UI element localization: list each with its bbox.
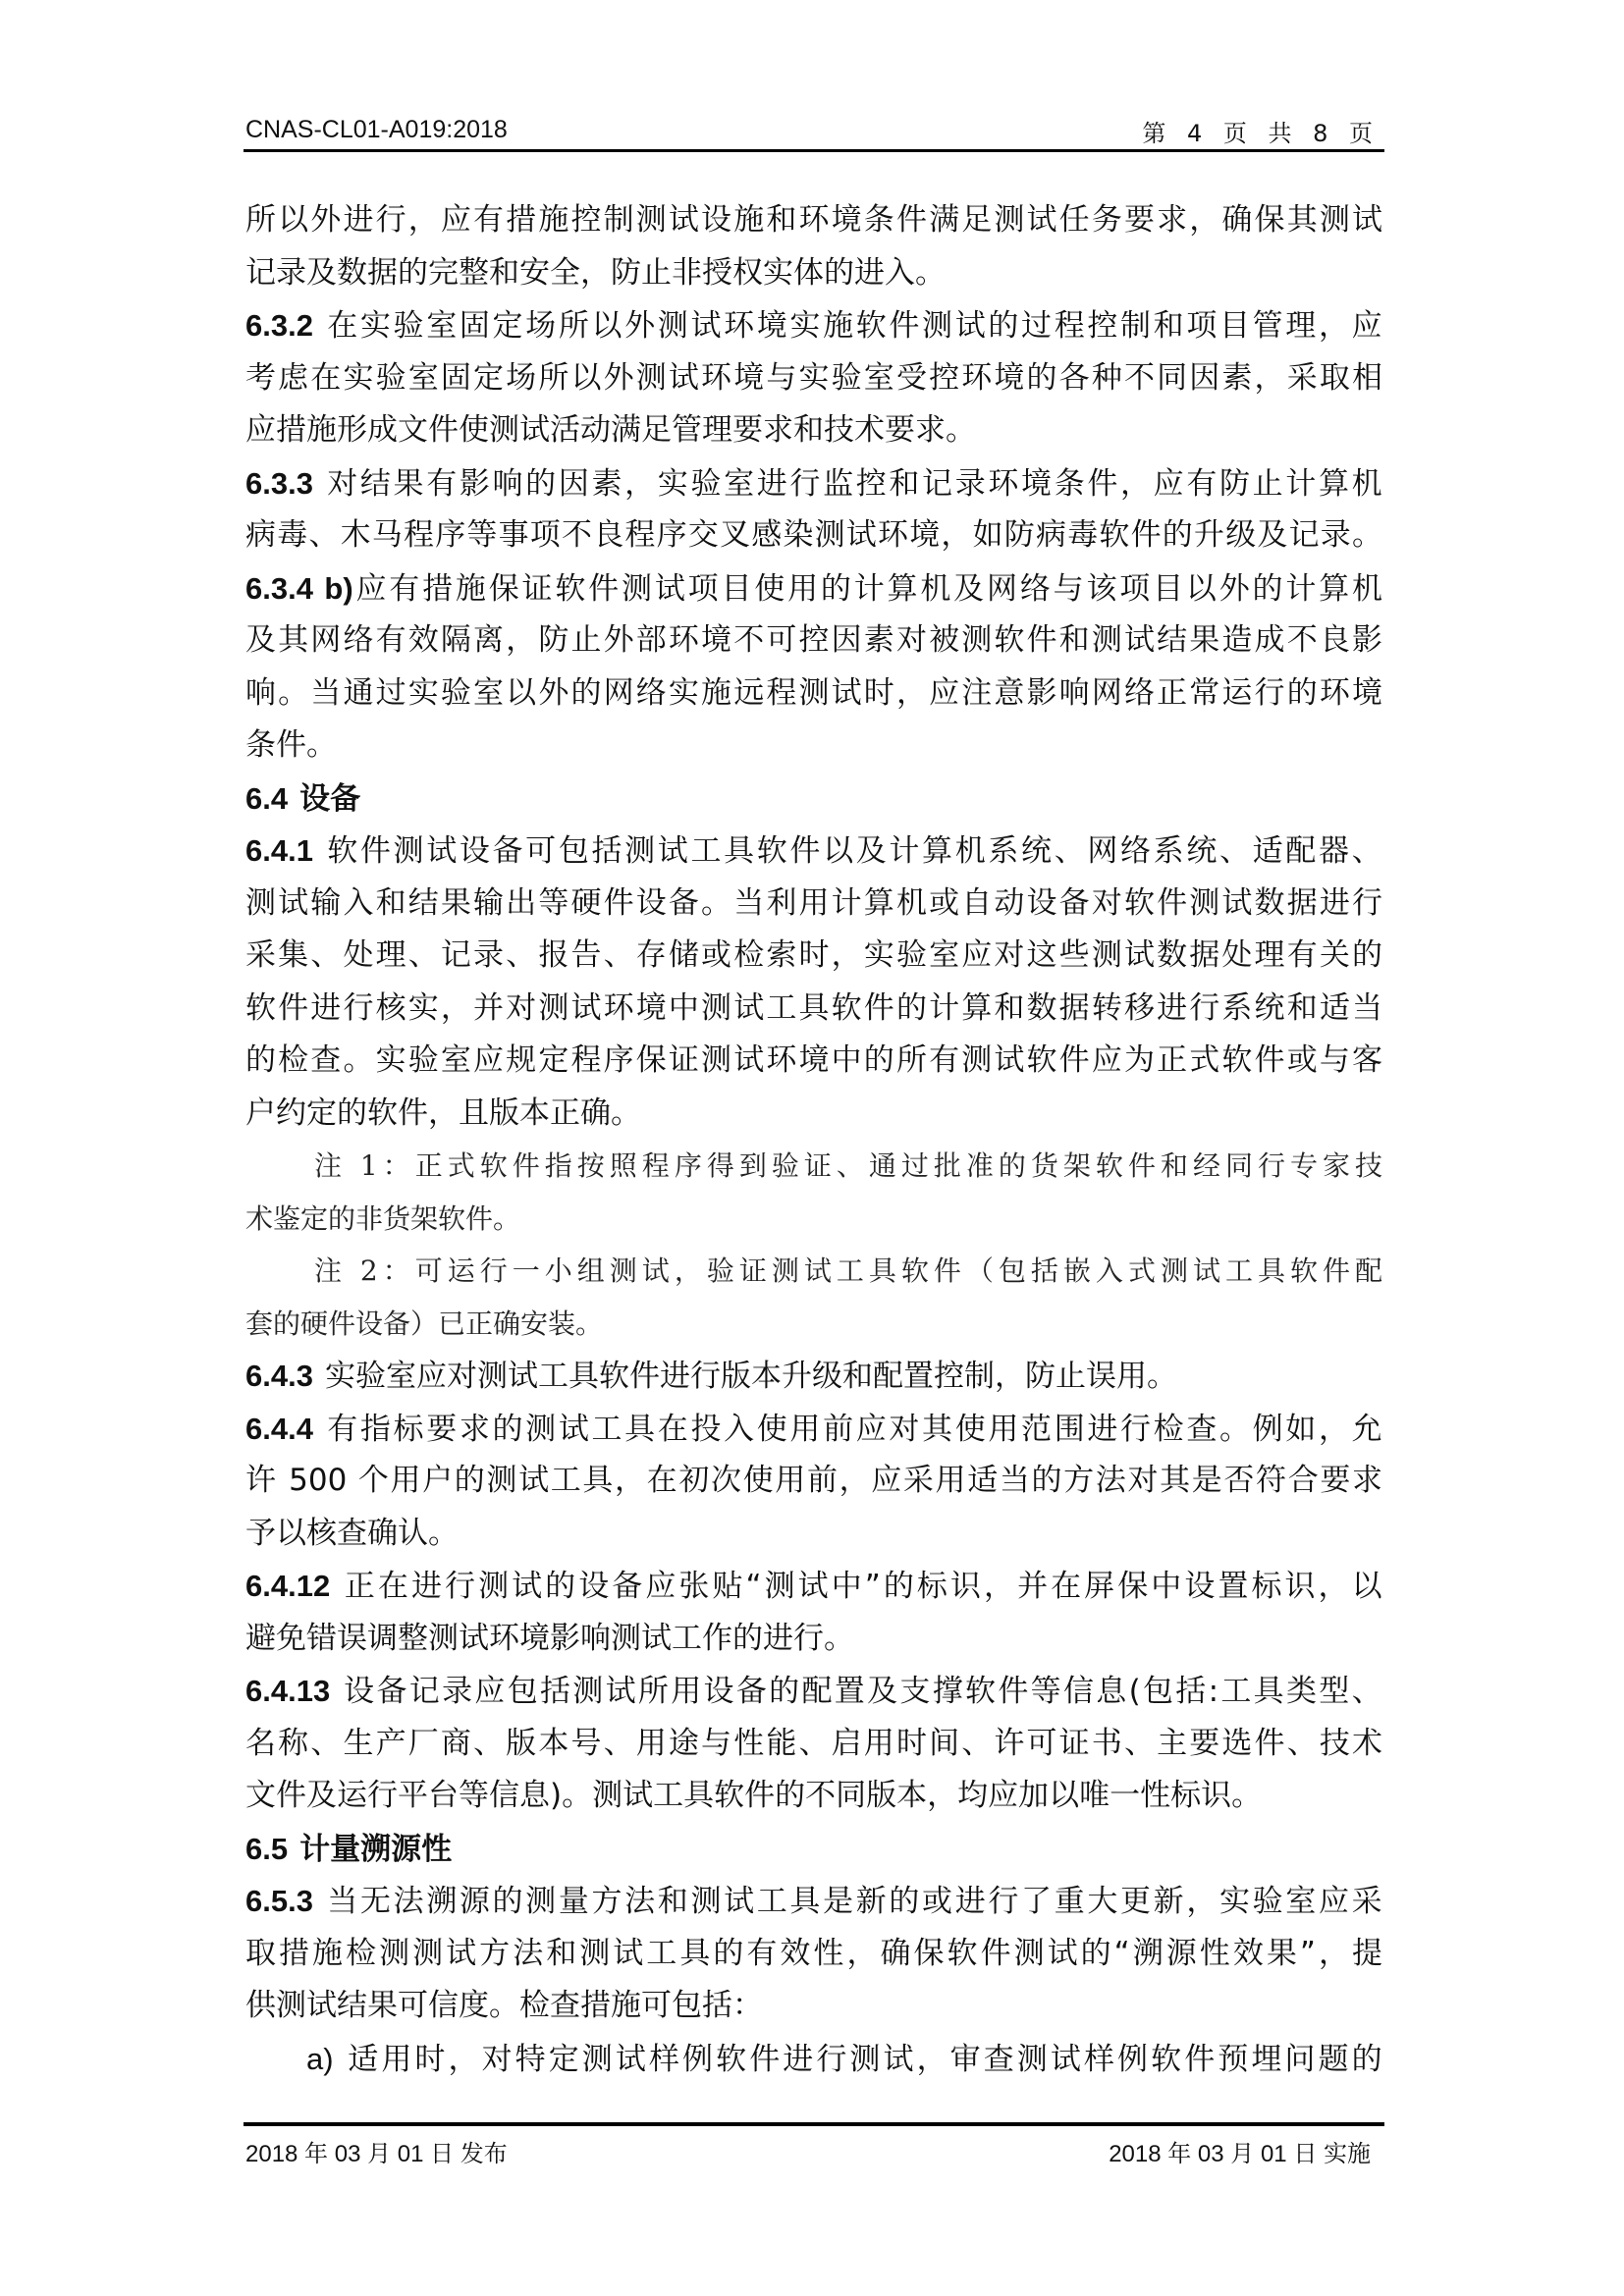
paragraph-line: 的检查。实验室应规定程序保证测试环境中的所有测试软件应为正式软件或与客 (245, 1035, 1382, 1088)
clause-number: 6.4.3 (245, 1359, 313, 1393)
clause-6-3-2: 6.3.2在实验室固定场所以外测试环境实施软件测试的过程控制和项目管理，应 (245, 299, 1382, 352)
section-number: 6.5 (245, 1832, 288, 1866)
paragraph-line: 户约定的软件，且版本正确。 (245, 1088, 1382, 1141)
paragraph-line: 软件进行核实，并对测试环境中测试工具软件的计算和数据转移进行系统和适当 (245, 983, 1382, 1036)
document-body: 所以外进行，应有措施控制测试设施和环境条件满足测试任务要求，确保其测试 记录及数… (245, 194, 1382, 2085)
paragraph-line: 响。当通过实验室以外的网络实施远程测试时，应注意影响网络正常运行的环境 (245, 667, 1382, 721)
clause-6-4-1: 6.4.1软件测试设备可包括测试工具软件以及计算机系统、网络系统、适配器、 (245, 825, 1382, 878)
paragraph-line: 测试输入和结果输出等硬件设备。当利用计算机或自动设备对软件测试数据进行 (245, 878, 1382, 931)
clause-number: 6.5.3 (245, 1884, 313, 1918)
note-line: 术鉴定的非货架软件。 (245, 1193, 1382, 1246)
paragraph-line: 文件及运行平台等信息)。测试工具软件的不同版本，均应加以唯一性标识。 (245, 1770, 1382, 1823)
clause-6-4-3: 6.4.3实验室应对测试工具软件进行版本升级和配置控制，防止误用。 (245, 1350, 1382, 1403)
clause-number: 6.3.2 (245, 308, 313, 343)
paragraph-line: 记录及数据的完整和安全，防止非授权实体的进入。 (245, 247, 1382, 300)
list-marker: a) (306, 2042, 334, 2076)
clause-6-4-12: 6.4.12正在进行测试的设备应张贴“测试中”的标识，并在屏保中设置标识，以 (245, 1560, 1382, 1613)
section-heading-6-5: 6.5计量溯源性 (245, 1823, 1382, 1876)
document-id: CNAS-CL01-A019:2018 (245, 116, 508, 144)
paragraph-line: 予以核查确认。 (245, 1508, 1382, 1561)
note-line: 套的硬件设备）已正确安装。 (245, 1298, 1382, 1351)
clause-number: 6.3.4 b) (245, 571, 353, 606)
note-1: 注 1：正式软件指按照程序得到验证、通过批准的货架软件和经同行专家技 (245, 1140, 1382, 1193)
paragraph-line: 及其网络有效隔离，防止外部环境不可控因素对被测软件和测试结果造成不良影 (245, 614, 1382, 667)
paragraph-line: 采集、处理、记录、报告、存储或检索时，实验室应对这些测试数据处理有关的 (245, 930, 1382, 983)
clause-number: 6.4.4 (245, 1412, 313, 1446)
page-indicator: 第 4 页 共 8 页 (1142, 114, 1377, 148)
clause-6-5-3: 6.5.3当无法溯源的测量方法和测试工具是新的或进行了重大更新，实验室应采 (245, 1875, 1382, 1928)
clause-6-3-3: 6.3.3对结果有影响的因素，实验室进行监控和记录环境条件，应有防止计算机 (245, 457, 1382, 510)
list-item-a: a)适用时，对特定测试样例软件进行测试，审查测试样例软件预埋问题的 (245, 2033, 1382, 2086)
paragraph-line: 供测试结果可信度。检查措施可包括： (245, 1980, 1382, 2033)
clause-6-3-4: 6.3.4 b)应有措施保证软件测试项目使用的计算机及网络与该项目以外的计算机 (245, 562, 1382, 615)
paragraph-line: 条件。 (245, 720, 1382, 773)
paragraph-line: 许 500 个用户的测试工具，在初次使用前，应采用适当的方法对其是否符合要求 (245, 1455, 1382, 1508)
issue-date: 2018 年 03 月 01 日 发布 (245, 2134, 508, 2168)
section-heading-6-4: 6.4设备 (245, 773, 1382, 826)
paragraph-line: 名称、生产厂商、版本号、用途与性能、启用时间、许可证书、主要选件、技术 (245, 1718, 1382, 1771)
page-header: CNAS-CL01-A019:2018 第 4 页 共 8 页 (244, 110, 1384, 152)
paragraph-line: 所以外进行，应有措施控制测试设施和环境条件满足测试任务要求，确保其测试 (245, 194, 1382, 247)
implementation-date: 2018 年 03 月 01 日 实施 (1109, 2134, 1371, 2168)
clause-number: 6.3.3 (245, 466, 313, 501)
paragraph-line: 病毒、木马程序等事项不良程序交叉感染测试环境，如防病毒软件的升级及记录。 (245, 509, 1382, 562)
clause-number: 6.4.1 (245, 833, 313, 868)
paragraph-line: 取措施检测测试方法和测试工具的有效性，确保软件测试的“溯源性效果”，提 (245, 1928, 1382, 1981)
paragraph-line: 应措施形成文件使测试活动满足管理要求和技术要求。 (245, 404, 1382, 457)
paragraph-line: 考虑在实验室固定场所以外测试环境与实验室受控环境的各种不同因素，采取相 (245, 352, 1382, 405)
note-2: 注 2：可运行一小组测试，验证测试工具软件（包括嵌入式测试工具软件配 (245, 1245, 1382, 1298)
clause-number: 6.4.13 (245, 1674, 330, 1708)
section-number: 6.4 (245, 781, 288, 816)
clause-6-4-13: 6.4.13设备记录应包括测试所用设备的配置及支撑软件等信息(包括:工具类型、 (245, 1665, 1382, 1718)
clause-6-4-4: 6.4.4有指标要求的测试工具在投入使用前应对其使用范围进行检查。例如，允 (245, 1403, 1382, 1456)
paragraph-line: 避免错误调整测试环境影响测试工作的进行。 (245, 1613, 1382, 1666)
page-footer: 2018 年 03 月 01 日 发布 2018 年 03 月 01 日 实施 (244, 2122, 1384, 2165)
clause-number: 6.4.12 (245, 1569, 330, 1603)
